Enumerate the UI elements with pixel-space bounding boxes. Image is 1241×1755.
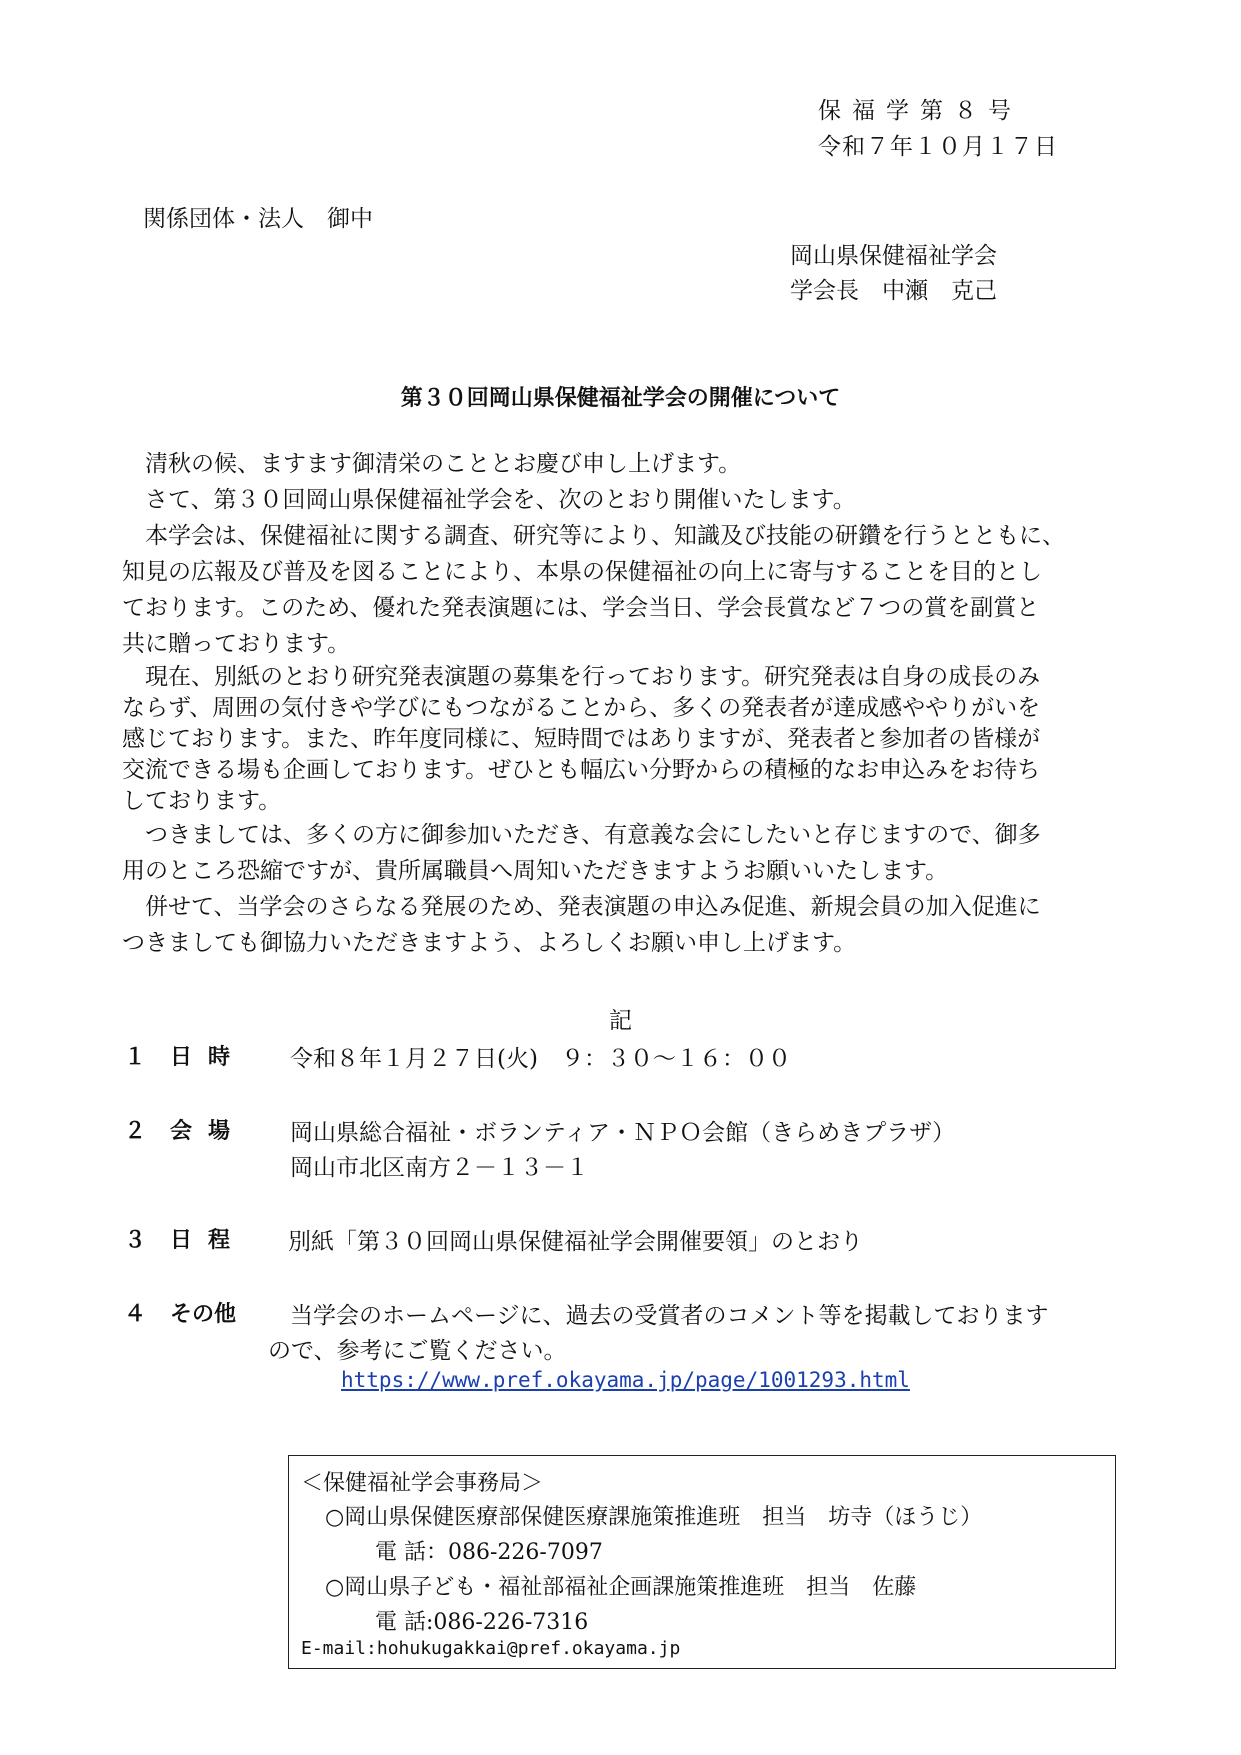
paragraph-call-for-papers: 現在、別紙のとおり研究発表演題の募集を行っております。研究発表は自身の成長のみ … — [122, 662, 1122, 817]
item-value-continued: ので、参考にご覧ください。 — [268, 1332, 567, 1365]
paragraph-request: つきましては、多くの方に御参加いただき、有意義な会にしたいと存じますので、御多 … — [122, 817, 1122, 889]
paragraph-line: 清秋の候、ますます御清栄のこととお慶び申し上げます。 — [145, 446, 1122, 482]
paragraph-line: しております。 — [122, 786, 1122, 817]
item-label: その他 — [170, 1297, 236, 1328]
item-value: 岡山県総合福祉・ボランティア・ＮＰＯ会館（きらめきプラザ） — [290, 1114, 955, 1147]
document-date: 令和７年１０月１７日 — [818, 128, 1058, 161]
paragraph-line: つきましては、多くの方に御参加いただき、有意義な会にしたいと存じますので、御多 — [122, 817, 1122, 853]
document-number: 保福学第８号 — [818, 92, 1022, 125]
item-number: ３ — [124, 1223, 146, 1254]
paragraph-greeting: 清秋の候、ますます御清栄のこととお慶び申し上げます。 — [145, 446, 1122, 482]
item-number: ２ — [124, 1114, 146, 1145]
paragraph-line: 知見の広報及び普及を図ることにより、本県の保健福祉の向上に寄与することを目的とし — [122, 554, 1122, 590]
paragraph-line: ならず、周囲の気付きや学びにもつながることから、多くの発表者が達成感ややりがいを — [122, 693, 1122, 724]
contact-heading: ＜保健福祉学会事務局＞ — [301, 1466, 543, 1497]
body-text: 清秋の候、ますます御清栄のこととお慶び申し上げます。 さて、第３０回岡山県保健福… — [122, 446, 1122, 961]
item-label: 日時 — [170, 1040, 246, 1071]
contact-phone-1: 電 話：086-226-7097 — [375, 1535, 603, 1566]
item-value: 別紙「第３０回岡山県保健福祉学会開催要領」のとおり — [288, 1223, 863, 1256]
paragraph-purpose: 本学会は、保健福祉に関する調査、研究等により、知識及び技能の研鑽を行うとともに、… — [122, 518, 1122, 662]
item-label: 会場 — [170, 1114, 246, 1145]
sender-organization: 岡山県保健福祉学会 — [790, 237, 997, 270]
item-value: 令和８年１月２７日(火) ９：３０～１６：００ — [290, 1040, 791, 1073]
paragraph-line: 現在、別紙のとおり研究発表演題の募集を行っております。研究発表は自身の成長のみ — [122, 662, 1122, 693]
paragraph-line: 共に贈っております。 — [122, 626, 1122, 662]
paragraph-line: つきましても御協力いただきますよう、よろしくお願い申し上げます。 — [122, 925, 1122, 961]
item-number: １ — [124, 1040, 146, 1071]
addressee: 関係団体・法人 御中 — [143, 200, 373, 233]
item-number: ４ — [124, 1297, 146, 1328]
paragraph-line: 併せて、当学会のさらなる発展のため、発表演題の申込み促進、新規会員の加入促進に — [122, 889, 1122, 925]
notice-heading: 記 — [0, 1002, 1241, 1035]
paragraph-line: 本学会は、保健福祉に関する調査、研究等により、知識及び技能の研鑽を行うとともに、 — [122, 518, 1122, 554]
paragraph-announcement: さて、第３０回岡山県保健福祉学会を、次のとおり開催いたします。 — [145, 482, 1122, 518]
homepage-link[interactable]: https://www.pref.okayama.jp/page/1001293… — [341, 1368, 910, 1392]
item-value: 当学会のホームページに、過去の受賞者のコメント等を掲載しております — [290, 1297, 1049, 1330]
contact-email[interactable]: E-mail:hohukugakkai@pref.okayama.jp — [301, 1638, 680, 1659]
paragraph-line: 交流できる場も企画しております。ぜひとも幅広い分野からの積極的なお申込みをお待ち — [122, 755, 1122, 786]
item-label: 日程 — [170, 1223, 246, 1254]
contact-office-1: ○岡山県保健医療部保健医療課施策推進班 担当 坊寺（ほうじ） — [325, 1500, 982, 1531]
paragraph-line: さて、第３０回岡山県保健福祉学会を、次のとおり開催いたします。 — [145, 482, 1122, 518]
paragraph-line: ております。このため、優れた発表演題には、学会当日、学会長賞など７つの賞を副賞と — [122, 590, 1122, 626]
contact-box: ＜保健福祉学会事務局＞ ○岡山県保健医療部保健医療課施策推進班 担当 坊寺（ほう… — [288, 1455, 1116, 1669]
item-value-address: 岡山市北区南方２－１３－１ — [290, 1149, 589, 1182]
paragraph-line: 用のところ恐縮ですが、貴所属職員へ周知いただきますようお願いいたします。 — [122, 853, 1122, 889]
sender-name: 学会長 中瀬 克己 — [790, 272, 997, 305]
document-title: 第３０回岡山県保健福祉学会の開催について — [0, 381, 1241, 412]
paragraph-line: 感じております。また、昨年度同様に、短時間ではありますが、発表者と参加者の皆様が — [122, 724, 1122, 755]
contact-office-2: ○岡山県子ども・福祉部福祉企画課施策推進班 担当 佐藤 — [325, 1570, 916, 1601]
contact-phone-2: 電 話:086-226-7316 — [375, 1605, 588, 1636]
paragraph-cooperation: 併せて、当学会のさらなる発展のため、発表演題の申込み促進、新規会員の加入促進に … — [122, 889, 1122, 961]
